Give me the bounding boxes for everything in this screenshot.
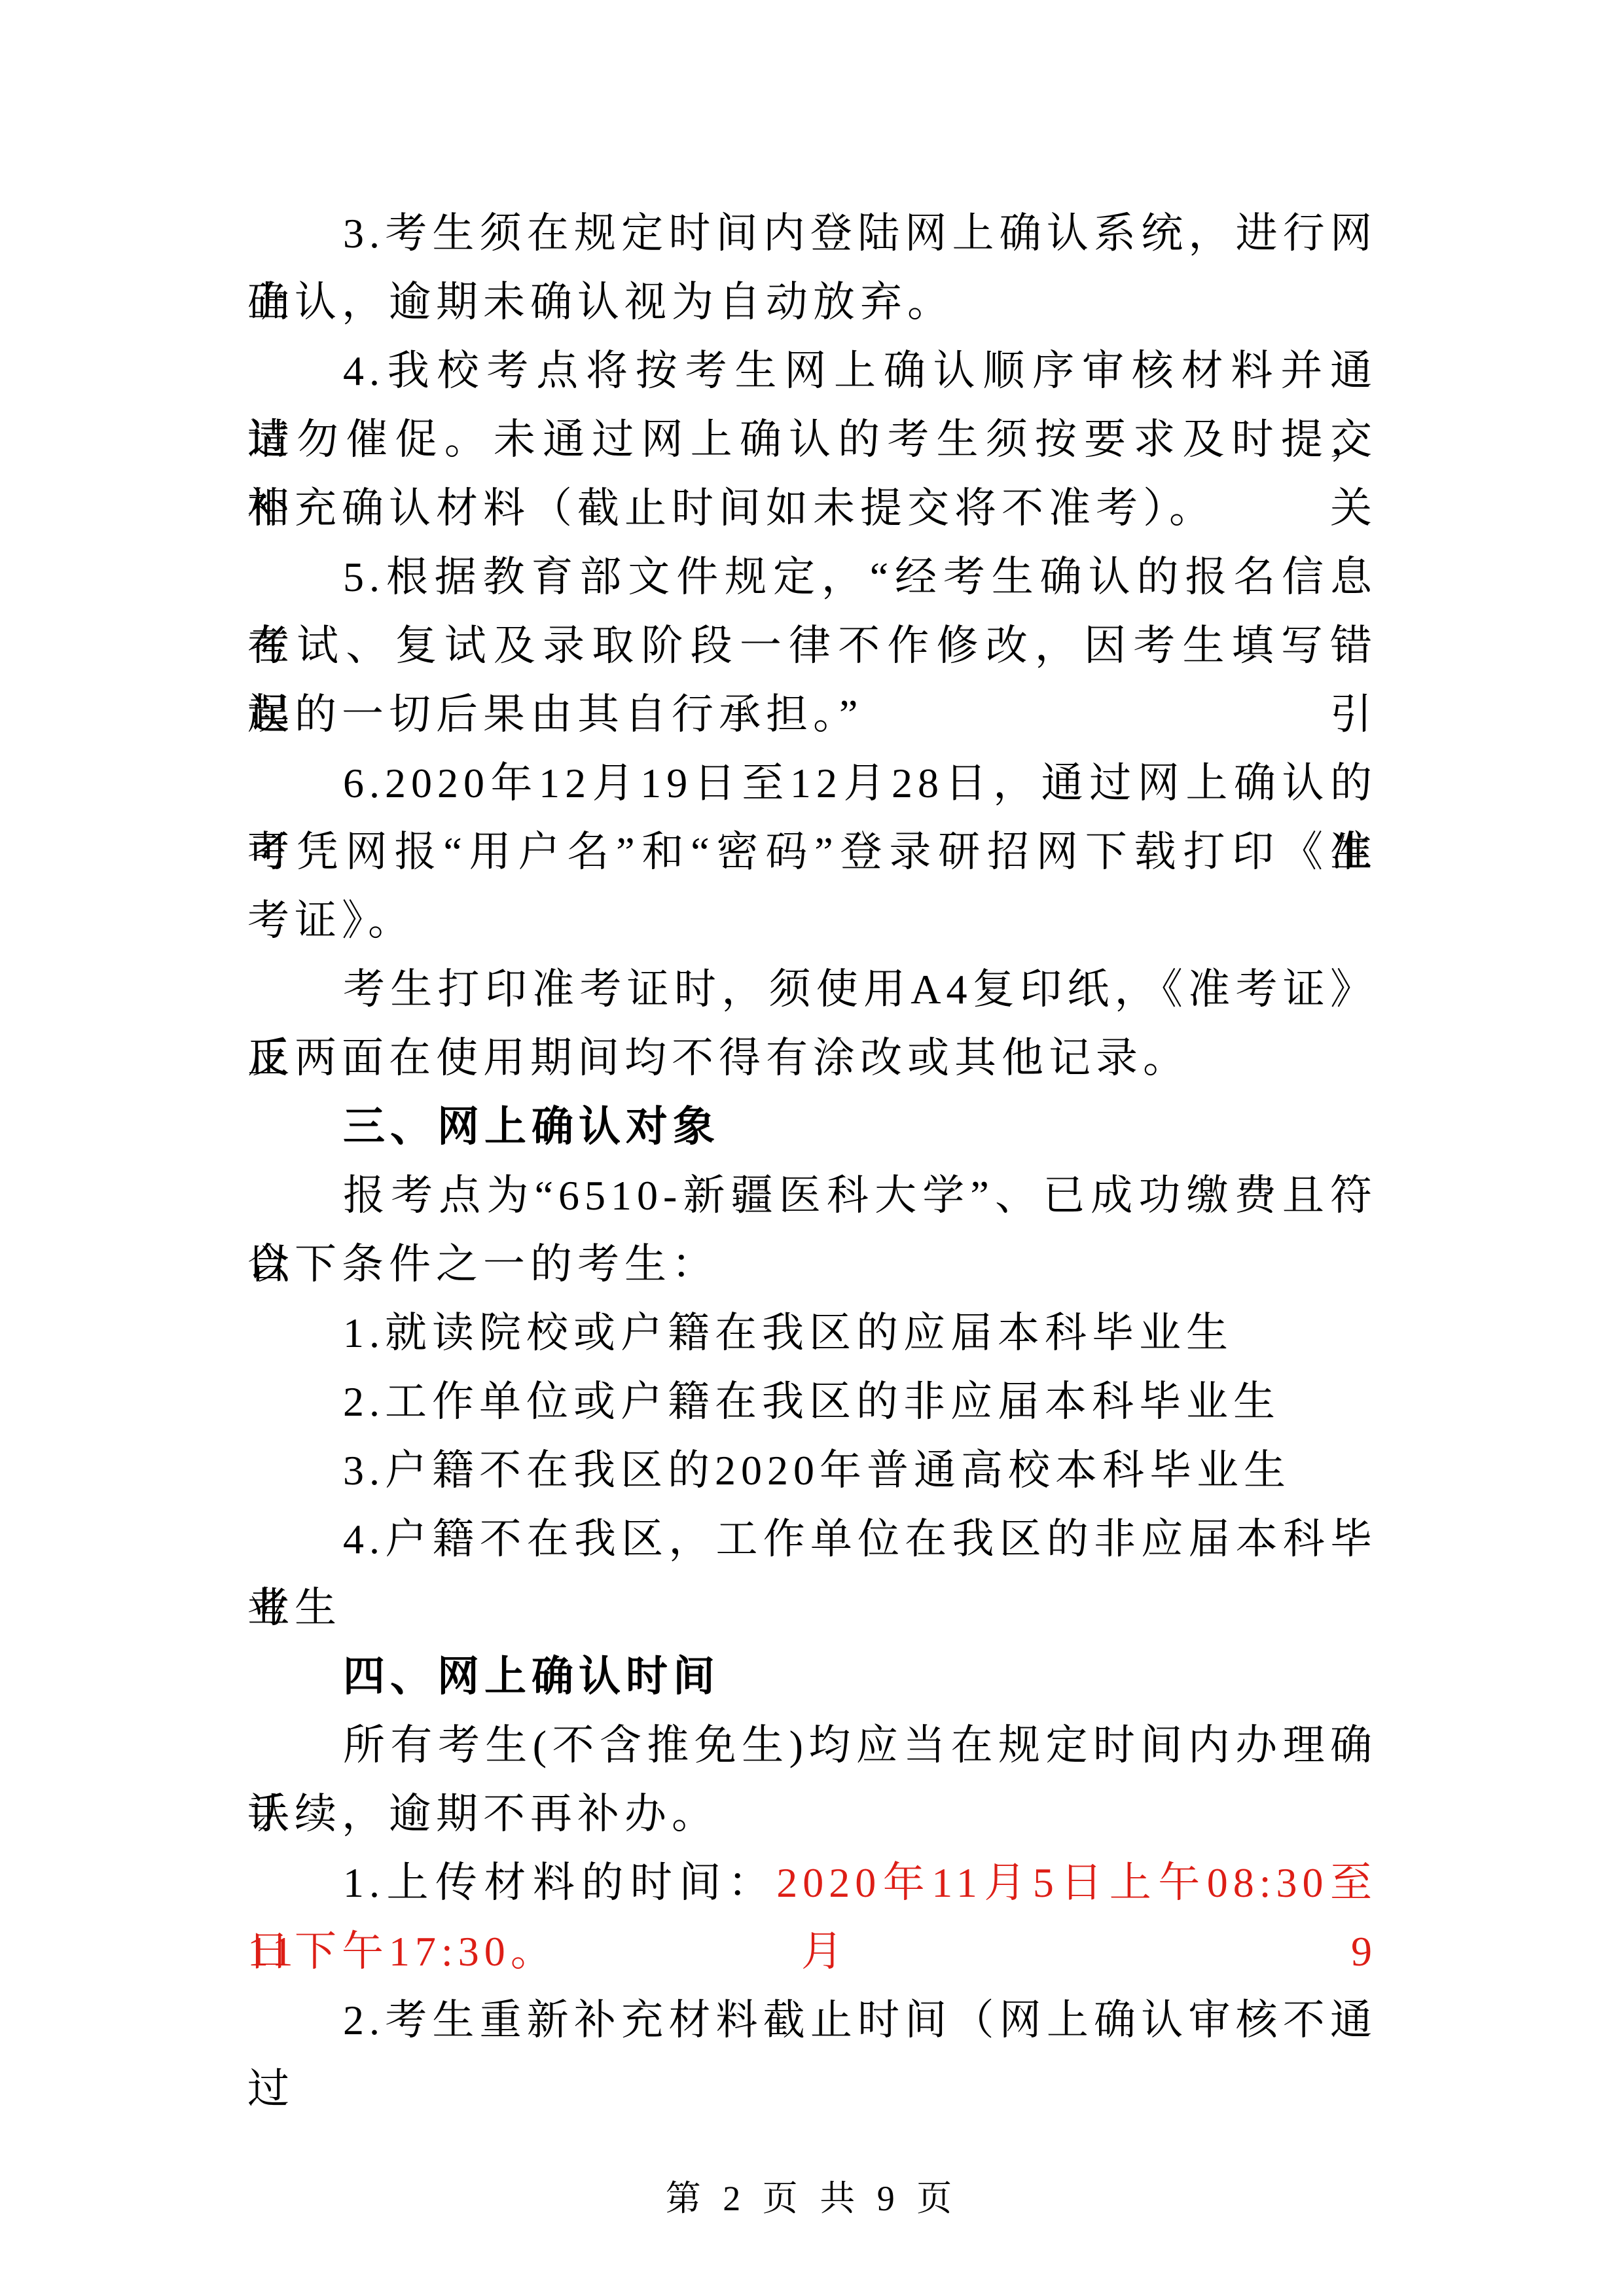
upload-time-label: 1.上传材料的时间：	[343, 1859, 776, 1906]
doc-line: 补充确认材料（截止时间如未提交将不准考）。	[247, 474, 1377, 543]
document-page: 3.考生须在规定时间内登陆网上确认系统，进行网上 确认，逾期未确认视为自动放弃。…	[0, 0, 1624, 2296]
doc-line: 2.工作单位或户籍在我区的非应届本科毕业生	[247, 1367, 1377, 1436]
doc-line: 6.2020年12月19日至12月28日，通过网上确认的考生	[247, 749, 1377, 817]
doc-line: 4.我校考点将按考生网上确认顺序审核材料并通过，	[247, 336, 1377, 405]
doc-line: 考生打印准考证时，须使用A4复印纸，《准考证》正	[247, 955, 1377, 1024]
doc-line: 考证》。	[247, 886, 1377, 955]
doc-line: 所有考生(不含推免生)均应当在规定时间内办理确认	[247, 1711, 1377, 1780]
doc-line: 可凭网报“用户名”和“密码”登录研招网下载打印《准	[247, 817, 1377, 886]
doc-line: 3.户籍不在我区的2020年普通高校本科毕业生	[247, 1436, 1377, 1505]
doc-line: 反两面在使用期间均不得有涂改或其他记录。	[247, 1024, 1377, 1092]
doc-line: 3.考生须在规定时间内登陆网上确认系统，进行网上	[247, 199, 1377, 268]
doc-line: 2.考生重新补充材料截止时间（网上确认审核不通过	[247, 1986, 1377, 2054]
page-number: 第 2 页 共 9 页	[666, 2179, 959, 2218]
doc-line: 以下条件之一的考生：	[247, 1230, 1377, 1299]
section-heading-4: 四、网上确认时间	[247, 1642, 1377, 1711]
doc-line: 1.上传材料的时间：2020年11月5日上午08:30至11月9	[247, 1848, 1377, 1917]
doc-line: 手续，逾期不再补办。	[247, 1780, 1377, 1848]
section-heading-3: 三、网上确认对象	[247, 1092, 1377, 1161]
doc-line: 报考点为“6510-新疆医科大学”、已成功缴费且符合	[247, 1161, 1377, 1230]
doc-line: 请勿催促。未通过网上确认的考生须按要求及时提交相关	[247, 405, 1377, 474]
doc-line: 考试、复试及录取阶段一律不作修改，因考生填写错误引	[247, 611, 1377, 680]
page-footer: 第 2 页 共 9 页	[0, 2170, 1624, 2221]
document-body: 3.考生须在规定时间内登陆网上确认系统，进行网上 确认，逾期未确认视为自动放弃。…	[247, 199, 1377, 2054]
doc-line: 确认，逾期未确认视为自动放弃。	[247, 268, 1377, 336]
doc-line: 1.就读院校或户籍在我区的应届本科毕业生	[247, 1299, 1377, 1367]
doc-line: 4.户籍不在我区，工作单位在我区的非应届本科毕业	[247, 1505, 1377, 1573]
doc-line: 考生	[247, 1573, 1377, 1642]
doc-line: 5.根据教育部文件规定，“经考生确认的报名信息在	[247, 543, 1377, 611]
